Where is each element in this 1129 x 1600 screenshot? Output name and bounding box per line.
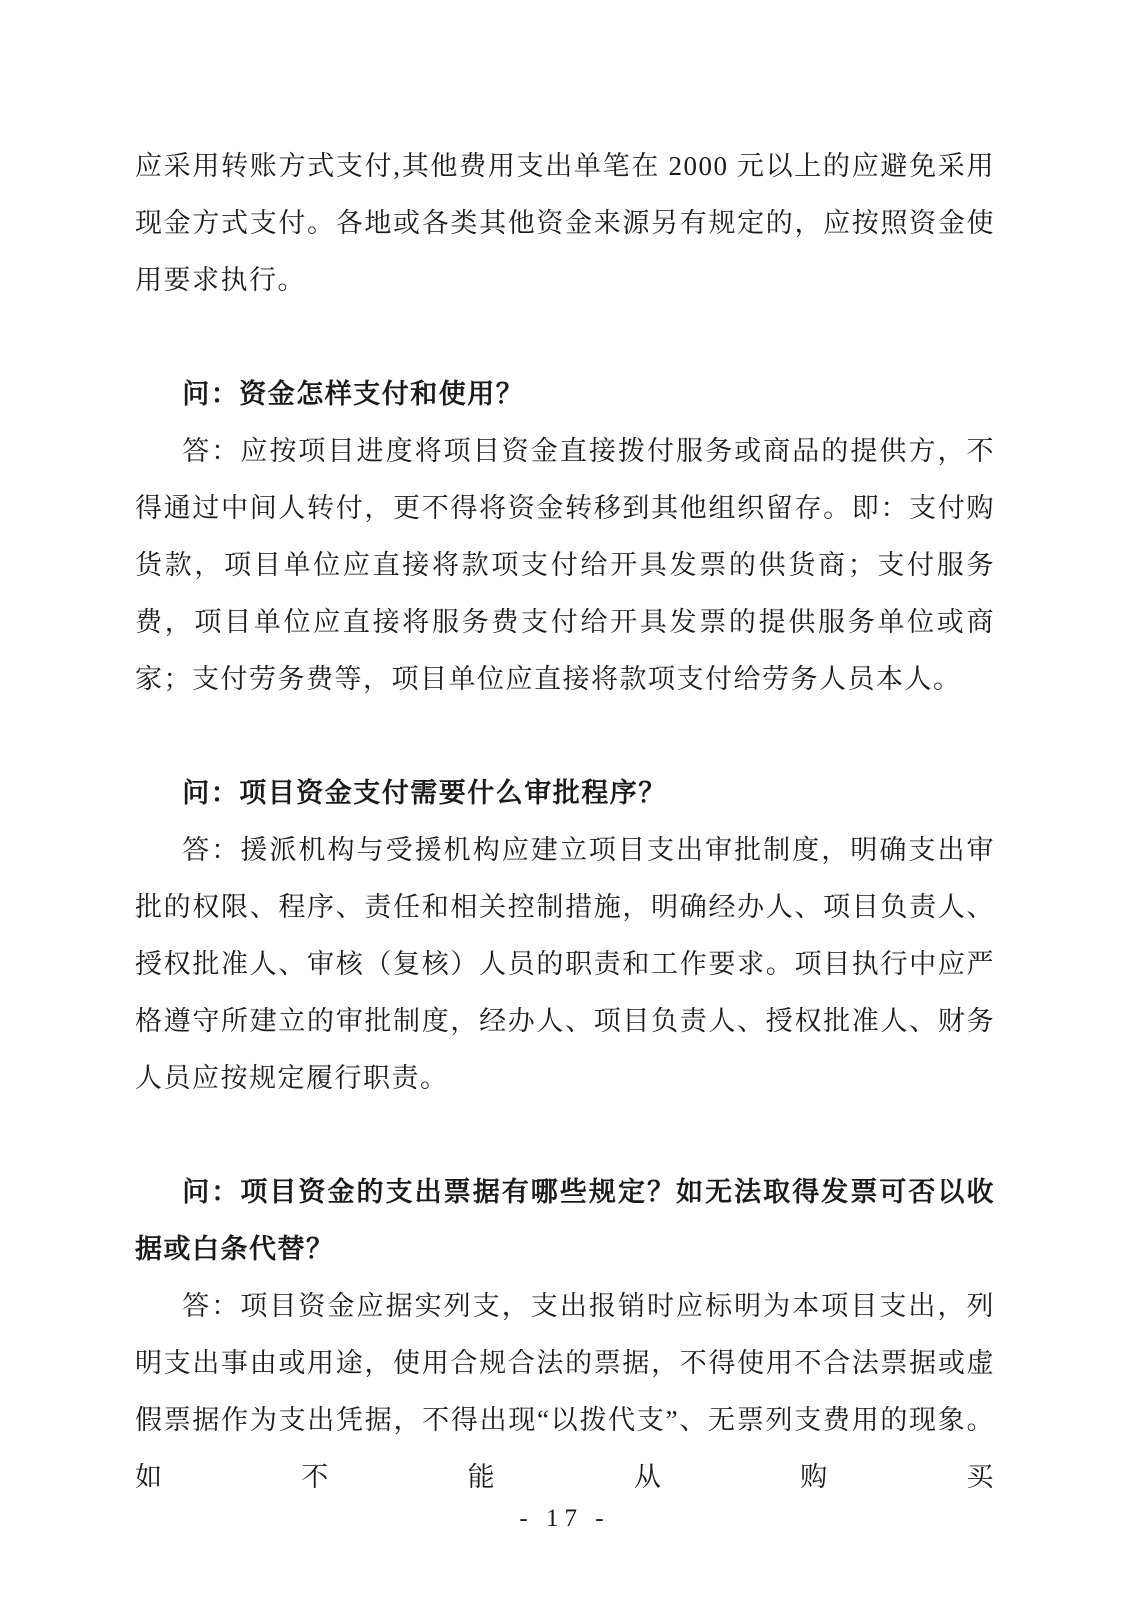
answer-3: 答：项目资金应据实列支，支出报销时应标明为本项目支出，列明支出事由或用途，使用合… — [135, 1278, 995, 1506]
question-2: 问：项目资金支付需要什么审批程序？ — [135, 765, 995, 822]
question-3: 问：项目资金的支出票据有哪些规定？如无法取得发票可否以收据或白条代替？ — [135, 1164, 995, 1278]
page-number: - 17 - — [0, 1505, 1129, 1533]
answer-2: 答：援派机构与受援机构应建立项目支出审批制度，明确支出审批的权限、程序、责任和相… — [135, 822, 995, 1107]
answer-1: 答：应按项目进度将项目资金直接拨付服务或商品的提供方，不得通过中间人转付，更不得… — [135, 423, 995, 708]
document-page: 应采用转账方式支付,其他费用支出单笔在 2000 元以上的应避免采用现金方式支付… — [0, 0, 1129, 1600]
document-content: 应采用转账方式支付,其他费用支出单笔在 2000 元以上的应避免采用现金方式支付… — [135, 138, 995, 1506]
question-1: 问：资金怎样支付和使用？ — [135, 366, 995, 423]
continuation-paragraph: 应采用转账方式支付,其他费用支出单笔在 2000 元以上的应避免采用现金方式支付… — [135, 138, 995, 309]
